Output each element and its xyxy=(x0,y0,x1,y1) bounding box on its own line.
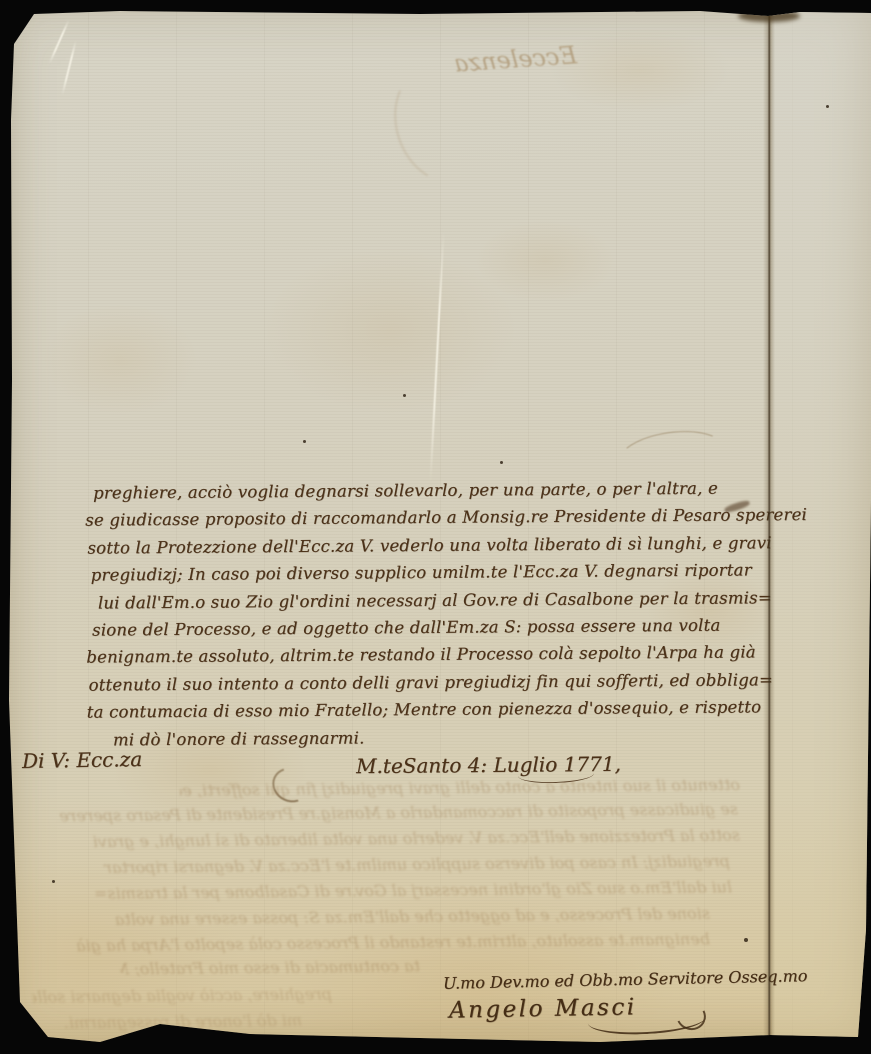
crease-mark xyxy=(429,232,444,482)
ink-speck xyxy=(500,461,503,464)
right-leaf-of-bifolium xyxy=(772,0,871,1054)
ink-speck xyxy=(303,440,306,443)
scan-background: Eccelenza preghiere, acciò voglia degnar… xyxy=(0,0,871,1054)
bleedthrough-line: preghiere, acciò voglia degnarsi solleva… xyxy=(32,984,332,1006)
ink-speck xyxy=(52,880,55,883)
page-fold-crease xyxy=(763,10,775,1040)
letter-line: ta contumacia di esso mio Fratello; Ment… xyxy=(87,694,759,727)
fold-top-stain xyxy=(738,10,800,22)
ink-speck xyxy=(403,394,406,397)
bleedthrough-line: ta contumacia di esso mio Fratello; Ment… xyxy=(120,956,420,978)
bleedthrough-line: mi dò l'onore di rassegnarmi. xyxy=(42,1011,302,1033)
letter-line: mi dò l'onore di rassegnarmi. xyxy=(113,721,759,753)
manuscript-page: Eccelenza preghiere, acciò voglia degnar… xyxy=(0,0,871,1054)
ink-speck xyxy=(826,105,829,108)
ink-speck xyxy=(744,938,748,942)
crease-mark xyxy=(48,20,69,65)
crease-mark xyxy=(61,41,76,96)
closing-salutation: Di V: Ecc.za xyxy=(22,747,143,773)
letter-body: preghiere, acciò voglia degnarsi solleva… xyxy=(85,474,759,753)
